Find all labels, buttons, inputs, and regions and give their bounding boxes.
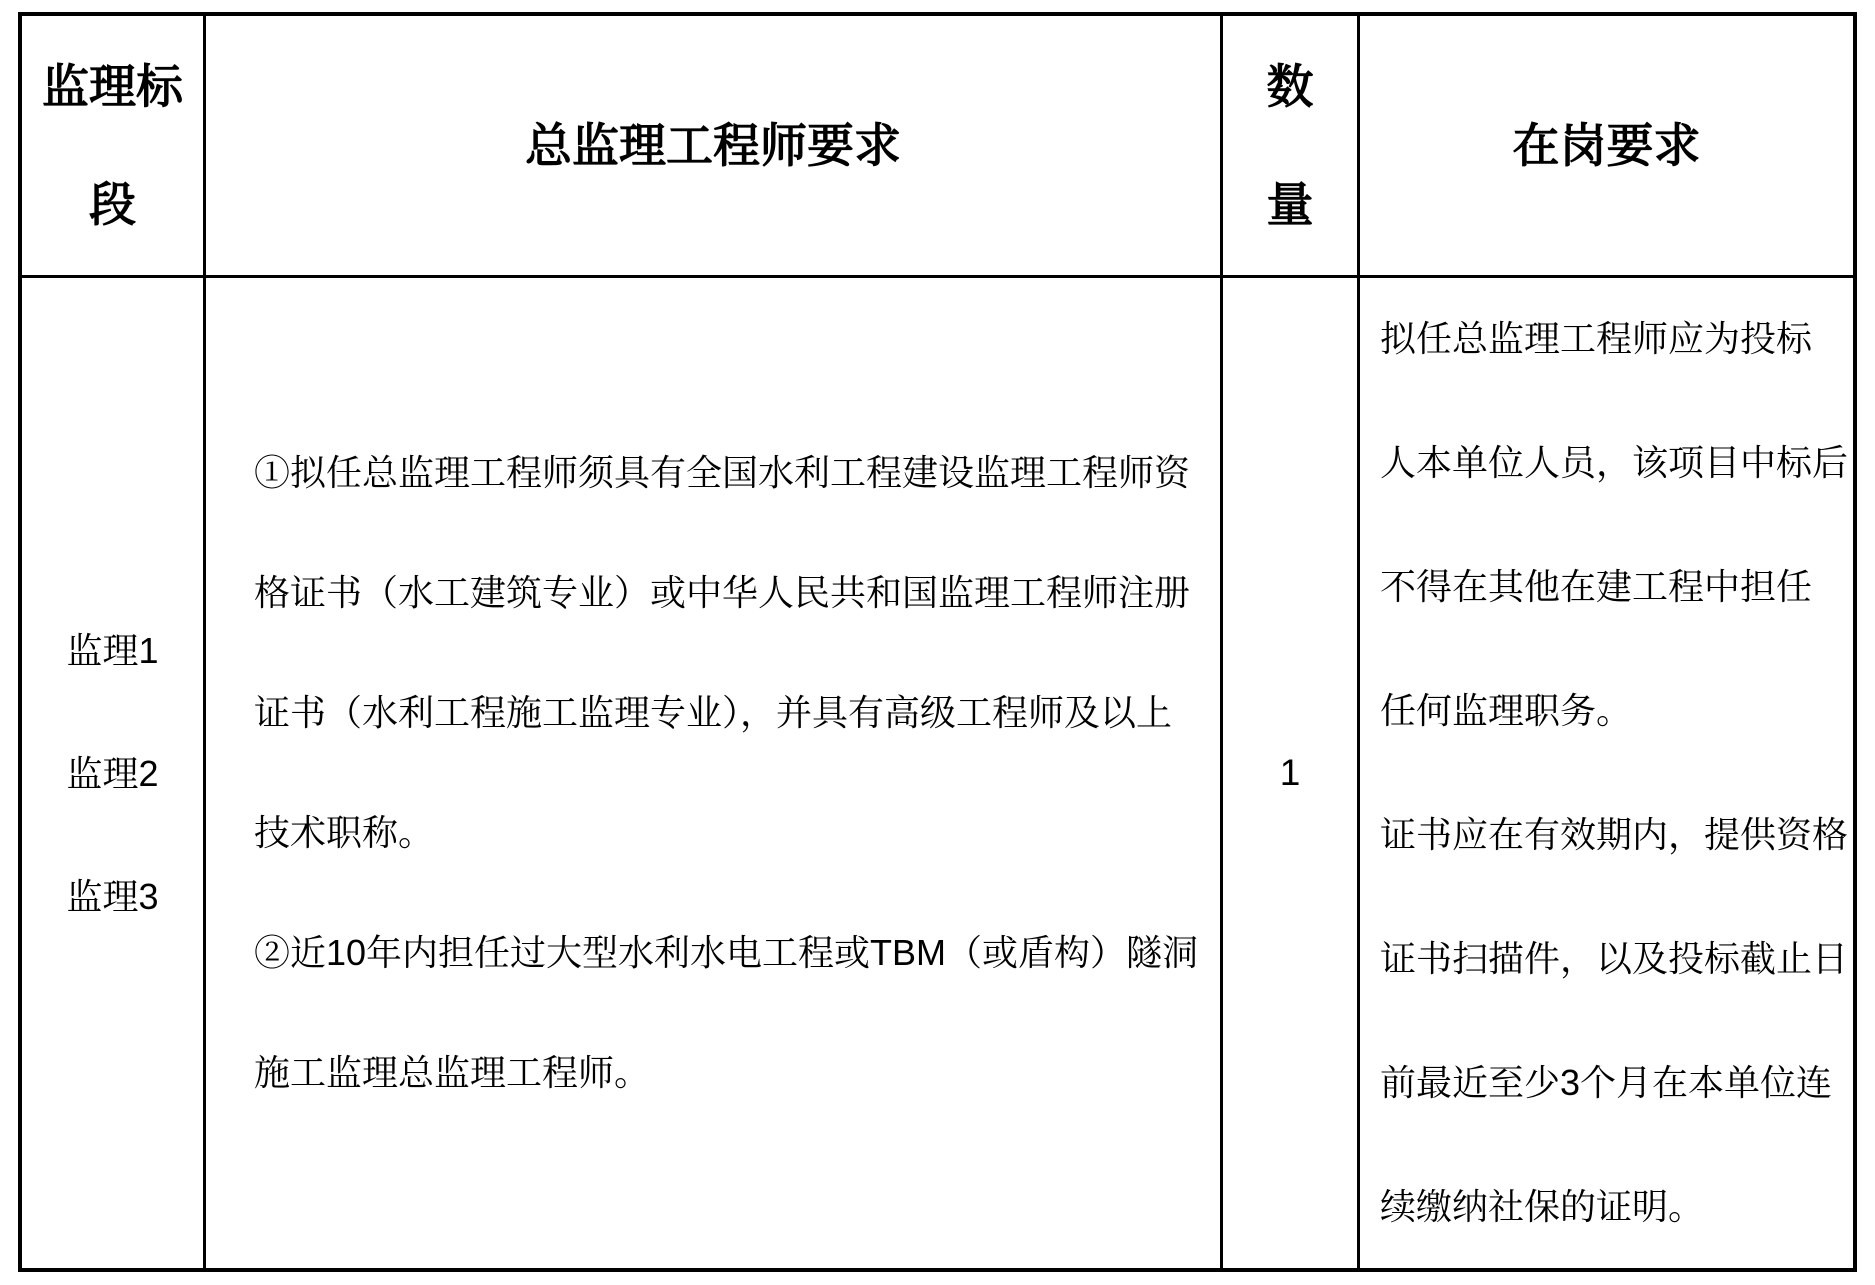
header-quantity: 数量 — [1223, 16, 1360, 278]
cell-onduty-requirements: 拟任总监理工程师应为投标人本单位人员，该项目中标后不得在其他在建工程中担任任何监… — [1360, 278, 1853, 1268]
cell-chief-engineer-requirements: ①拟任总监理工程师须具有全国水利工程建设监理工程师资格证书（水工建筑专业）或中华… — [206, 278, 1223, 1268]
header-chief-engineer-requirements: 总监理工程师要求 — [206, 16, 1223, 278]
document-page: 监理标段 总监理工程师要求 数量 在岗要求 监理1监理2监理3 ①拟任总监理工程… — [0, 0, 1875, 1285]
header-onduty-requirements: 在岗要求 — [1360, 16, 1853, 278]
supervision-requirements-table: 监理标段 总监理工程师要求 数量 在岗要求 监理1监理2监理3 ①拟任总监理工程… — [18, 12, 1857, 1272]
header-supervision-section: 监理标段 — [22, 16, 206, 278]
cell-quantity: 1 — [1223, 278, 1360, 1268]
cell-supervision-sections: 监理1监理2监理3 — [22, 278, 206, 1268]
